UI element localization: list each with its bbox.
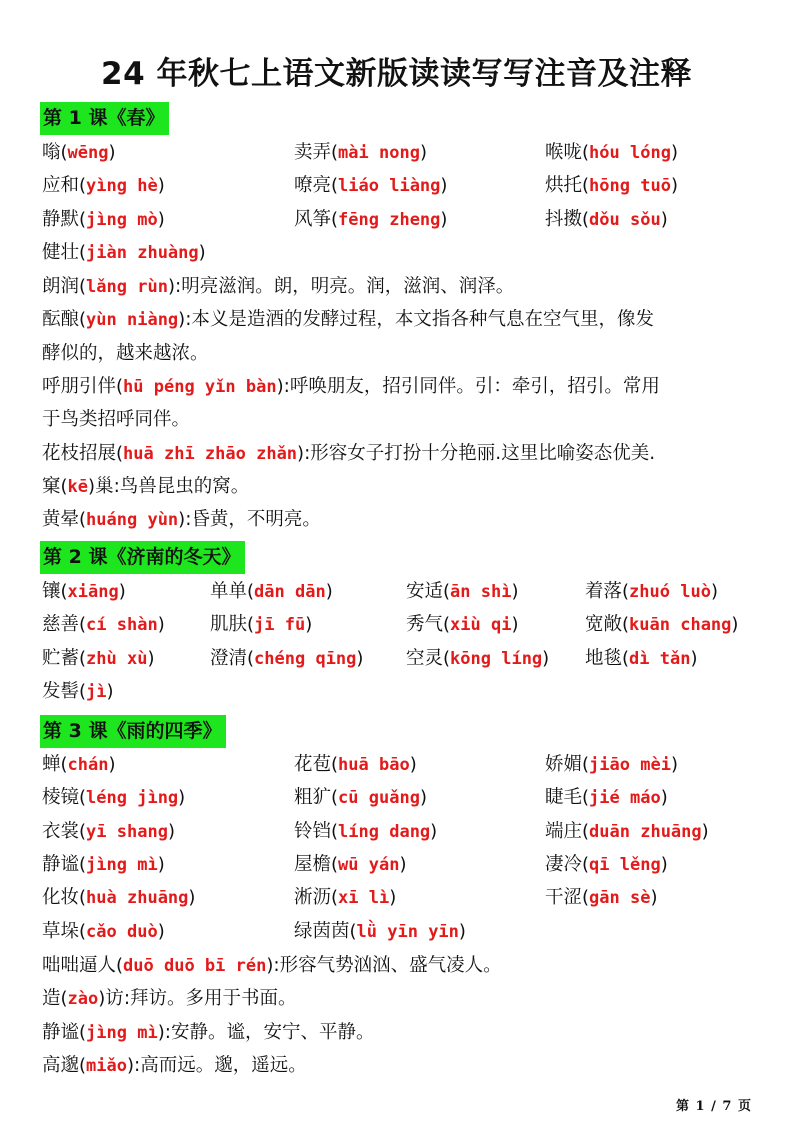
open-paren: ( [116, 955, 123, 976]
vocab-item: 干涩(gān sè) [545, 883, 658, 913]
word-pinyin: kōng líng [450, 649, 542, 669]
word-pinyin: huā bāo [338, 755, 410, 775]
close-paren: ) [399, 854, 406, 875]
word-hanzi: 风筝 [294, 209, 331, 230]
open-paren: ( [61, 476, 68, 497]
annotation-entry: 呼朋引伴(hū péng yǐn bàn):呼唤朋友，招引同伴。引：牵引，招引。… [42, 370, 754, 404]
vocab-item: 秀气(xiù qi) [406, 610, 519, 640]
open-paren: ( [61, 142, 68, 163]
close-paren: ) [650, 887, 657, 908]
vocab-item: 地毯(dì tǎn) [585, 644, 698, 674]
close-paren: ) [109, 142, 116, 163]
definition: :呼唤朋友，招引同伴。引：牵引，招引。常用 [284, 376, 660, 397]
close-paren: ) [158, 1022, 165, 1043]
word-pinyin: duō duō bī rén [123, 956, 266, 976]
definition: :明亮滋润。朗，明亮。润，滋润、润泽。 [175, 276, 514, 297]
close-paren: ) [158, 854, 165, 875]
close-paren: ) [326, 581, 333, 602]
open-paren: ( [79, 681, 86, 702]
open-paren: ( [443, 614, 450, 635]
open-paren: ( [79, 276, 86, 297]
word-pinyin: duān zhuāng [589, 822, 702, 842]
open-paren: ( [79, 921, 86, 942]
word-hanzi: 化妆 [42, 887, 79, 908]
close-paren: ) [661, 854, 668, 875]
word-hanzi: 秀气 [406, 614, 443, 635]
word-hanzi: 健壮 [42, 242, 79, 263]
vocab-item: 花苞(huā bāo) [294, 750, 417, 780]
open-paren: ( [79, 887, 86, 908]
vocab-item: 风筝(fēng zheng) [294, 205, 447, 235]
vocab-item: 烘托(hōng tuō) [545, 171, 678, 201]
open-paren: ( [79, 509, 86, 530]
vocab-item: 睫毛(jié máo) [545, 783, 668, 813]
open-paren: ( [331, 175, 338, 196]
word-hanzi: 娇媚 [545, 754, 582, 775]
word-pinyin: yìng hè [86, 176, 158, 196]
close-paren: ) [158, 921, 165, 942]
close-paren: ) [459, 921, 466, 942]
open-paren: ( [331, 754, 338, 775]
word-pinyin: jìng mì [86, 1023, 158, 1043]
word-hanzi: 花苞 [294, 754, 331, 775]
word-pinyin: xī lì [338, 888, 389, 908]
open-paren: ( [443, 581, 450, 602]
word-pinyin: cū guǎng [338, 788, 420, 808]
close-paren: ) [199, 242, 206, 263]
vocab-item: 宽敞(kuān chang) [585, 610, 738, 640]
word-pinyin: huā zhī zhāo zhǎn [123, 444, 297, 464]
close-paren: ) [127, 1055, 134, 1076]
vocab-item: 空灵(kōng líng) [406, 644, 549, 674]
word-hanzi: 空灵 [406, 648, 443, 669]
definition: :拜访。多用于书面。 [124, 988, 297, 1009]
close-paren: ) [511, 581, 518, 602]
definition-continuation: 酵似的，越来越浓。 [42, 337, 754, 370]
close-paren: ) [671, 754, 678, 775]
word-pinyin: líng dang [338, 822, 430, 842]
open-paren: ( [582, 821, 589, 842]
word-hanzi: 干涩 [545, 887, 582, 908]
word-hanzi: 嘹亮 [294, 175, 331, 196]
open-paren: ( [622, 648, 629, 669]
word-hanzi: 黄晕 [42, 509, 79, 530]
word-hanzi: 安适 [406, 581, 443, 602]
word-pinyin: xiù qi [450, 615, 511, 635]
close-paren: ) [702, 821, 709, 842]
word-hanzi: 高邈 [42, 1055, 79, 1076]
word-pinyin: jì [86, 682, 106, 702]
close-paren: ) [109, 754, 116, 775]
lesson-heading-1: 第 1 课《春》 [40, 102, 169, 135]
word-pinyin: mài nong [338, 143, 420, 163]
open-paren: ( [331, 887, 338, 908]
close-paren: ) [88, 476, 95, 497]
word-hanzi: 酝酿 [42, 309, 79, 330]
close-paren: ) [511, 614, 518, 635]
close-paren: ) [731, 614, 738, 635]
word-hanzi: 卖弄 [294, 142, 331, 163]
open-paren: ( [116, 443, 123, 464]
close-paren: ) [119, 581, 126, 602]
word-pinyin: gān sè [589, 888, 650, 908]
vocab-item: 应和(yìng hè) [42, 171, 165, 201]
vocab-item: 铃铛(líng dang) [294, 817, 437, 847]
vocab-item: 嘹亮(liáo liàng) [294, 171, 447, 201]
open-paren: ( [116, 376, 123, 397]
open-paren: ( [79, 648, 86, 669]
word-hanzi: 贮蓄 [42, 648, 79, 669]
close-paren: ) [671, 142, 678, 163]
word-hanzi: 抖擞 [545, 209, 582, 230]
close-paren: ) [305, 614, 312, 635]
word-pinyin: hū péng yǐn bàn [123, 377, 277, 397]
open-paren: ( [622, 581, 629, 602]
word-hanzi: 静谧 [42, 854, 79, 875]
open-paren: ( [79, 787, 86, 808]
open-paren: ( [79, 1022, 86, 1043]
open-paren: ( [247, 581, 254, 602]
close-paren: ) [420, 142, 427, 163]
vocab-item: 衣裳(yī shang) [42, 817, 175, 847]
open-paren: ( [61, 581, 68, 602]
vocab-item: 镶(xiāng) [42, 577, 126, 607]
word-pinyin: huáng yùn [86, 510, 178, 530]
close-paren: ) [277, 376, 284, 397]
annotation-entry: 造(zào)访:拜访。多用于书面。 [42, 982, 754, 1016]
word-hanzi: 喉咙 [545, 142, 582, 163]
open-paren: ( [79, 1055, 86, 1076]
open-paren: ( [582, 887, 589, 908]
open-paren: ( [61, 988, 68, 1009]
close-paren: ) [147, 648, 154, 669]
word-hanzi: 应和 [42, 175, 79, 196]
close-paren: ) [168, 276, 175, 297]
word-hanzi: 呼朋引伴 [42, 376, 116, 397]
word-hanzi: 淅沥 [294, 887, 331, 908]
vocab-item: 健壮(jiàn zhuàng) [42, 238, 206, 268]
vocab-item: 卖弄(mài nong) [294, 138, 427, 168]
word-hanzi: 咄咄逼人 [42, 955, 116, 976]
word-pinyin: miǎo [86, 1056, 127, 1076]
close-paren: ) [420, 787, 427, 808]
word-pinyin: ān shì [450, 582, 511, 602]
open-paren: ( [582, 175, 589, 196]
close-paren: ) [711, 581, 718, 602]
close-paren: ) [661, 209, 668, 230]
vocab-item: 澄清(chéng qīng) [210, 644, 363, 674]
word-pinyin: lǎng rùn [86, 277, 168, 297]
word-hanzi: 发髻 [42, 681, 79, 702]
open-paren: ( [443, 648, 450, 669]
word-pinyin: jié máo [589, 788, 661, 808]
word-pinyin: yùn niàng [86, 310, 178, 330]
vocab-item: 淅沥(xī lì) [294, 883, 396, 913]
word-pinyin: huà zhuāng [86, 888, 188, 908]
open-paren: ( [79, 242, 86, 263]
vocab-item: 娇媚(jiāo mèi) [545, 750, 678, 780]
open-paren: ( [582, 209, 589, 230]
vocab-item: 嗡(wēng) [42, 138, 116, 168]
document-title: 24 年秋七上语文新版读读写写注音及注释 [0, 48, 793, 93]
vocab-item: 草垛(cǎo duò) [42, 917, 165, 947]
word-hanzi: 静谧 [42, 1022, 79, 1043]
word-hanzi: 窠 [42, 476, 61, 497]
word-hanzi: 烘托 [545, 175, 582, 196]
open-paren: ( [622, 614, 629, 635]
vocab-item: 静默(jìng mò) [42, 205, 165, 235]
definition-continuation: 于鸟类招呼同伴。 [42, 403, 754, 436]
word-pinyin: jiāo mèi [589, 755, 671, 775]
word-hanzi: 花枝招展 [42, 443, 116, 464]
vocab-item: 蝉(chán) [42, 750, 116, 780]
word-hanzi: 宽敞 [585, 614, 622, 635]
vocab-item: 屋檐(wū yán) [294, 850, 407, 880]
definition: :形容女子打扮十分艳丽.这里比喻姿态优美. [304, 443, 655, 464]
close-paren: ) [168, 821, 175, 842]
definition: :安静。谧，安宁、平静。 [165, 1022, 375, 1043]
vocab-item: 绿茵茵(lǜ yīn yīn) [294, 917, 466, 947]
word-pinyin: hóu lóng [589, 143, 671, 163]
open-paren: ( [331, 142, 338, 163]
word-hanzi: 嗡 [42, 142, 61, 163]
open-paren: ( [582, 754, 589, 775]
annotation-entry: 静谧(jìng mì):安静。谧，安宁、平静。 [42, 1016, 754, 1050]
open-paren: ( [582, 854, 589, 875]
open-paren: ( [331, 209, 338, 230]
word-hanzi: 草垛 [42, 921, 79, 942]
word-pinyin: hōng tuō [589, 176, 671, 196]
word-pinyin: lǜ yīn yīn [357, 922, 459, 942]
close-paren: ) [158, 614, 165, 635]
vocab-item: 化妆(huà zhuāng) [42, 883, 195, 913]
annotation-entry: 酝酿(yùn niàng):本义是造酒的发酵过程，本文指各种气息在空气里，像发 [42, 303, 754, 337]
word-pinyin: xiāng [68, 582, 119, 602]
word-pinyin: yī shang [86, 822, 168, 842]
annotation-entry: 高邈(miǎo):高而远。邈，遥远。 [42, 1049, 754, 1083]
word-pinyin: jī fū [254, 615, 305, 635]
word-pinyin: zào [68, 989, 99, 1009]
word-pinyin: dān dān [254, 582, 326, 602]
open-paren: ( [247, 614, 254, 635]
definition: :昏黄，不明亮。 [185, 509, 321, 530]
close-paren: ) [671, 175, 678, 196]
word-hanzi: 澄清 [210, 648, 247, 669]
word-pinyin: dì tǎn [629, 649, 690, 669]
word-pinyin: jiàn zhuàng [86, 243, 199, 263]
vocab-item: 慈善(cí shàn) [42, 610, 165, 640]
open-paren: ( [350, 921, 357, 942]
word-pinyin: zhù xù [86, 649, 147, 669]
open-paren: ( [79, 854, 86, 875]
close-paren: ) [188, 887, 195, 908]
open-paren: ( [79, 614, 86, 635]
word-hanzi: 慈善 [42, 614, 79, 635]
word-pinyin: cǎo duò [86, 922, 158, 942]
open-paren: ( [79, 821, 86, 842]
word-pinyin: liáo liàng [338, 176, 440, 196]
word-hanzi: 静默 [42, 209, 79, 230]
word-hanzi: 棱镜 [42, 787, 79, 808]
word-hanzi: 蝉 [42, 754, 61, 775]
word-pinyin: chéng qīng [254, 649, 356, 669]
word-pinyin: fēng zheng [338, 210, 440, 230]
lesson-heading-2: 第 2 课《济南的冬天》 [40, 541, 245, 574]
word-pinyin: léng jìng [86, 788, 178, 808]
word-hanzi: 凄冷 [545, 854, 582, 875]
lesson-heading-3: 第 3 课《雨的四季》 [40, 715, 226, 748]
annotation-entry: 窠(kē)巢:鸟兽昆虫的窝。 [42, 470, 754, 504]
close-paren: ) [158, 209, 165, 230]
word-pinyin: jìng mò [86, 210, 158, 230]
open-paren: ( [79, 209, 86, 230]
word-pinyin: wēng [68, 143, 109, 163]
close-paren: ) [158, 175, 165, 196]
open-paren: ( [331, 787, 338, 808]
word-hanzi: 粗犷 [294, 787, 331, 808]
close-paren: ) [178, 787, 185, 808]
word-hanzi: 屋檐 [294, 854, 331, 875]
open-paren: ( [331, 821, 338, 842]
word-hanzi: 镶 [42, 581, 61, 602]
open-paren: ( [79, 309, 86, 330]
vocab-item: 粗犷(cū guǎng) [294, 783, 427, 813]
page-number: 第 1 / 7 页 [676, 1095, 752, 1114]
vocab-item: 抖擞(dǒu sǒu) [545, 205, 668, 235]
word-pinyin: kē [68, 477, 88, 497]
open-paren: ( [582, 142, 589, 163]
word-hanzi: 睫毛 [545, 787, 582, 808]
vocab-item: 棱镜(léng jìng) [42, 783, 185, 813]
word-hanzi: 单单 [210, 581, 247, 602]
word-hanzi: 铃铛 [294, 821, 331, 842]
word-suffix: 巢 [95, 476, 114, 497]
open-paren: ( [247, 648, 254, 669]
close-paren: ) [389, 887, 396, 908]
word-pinyin: kuān chang [629, 615, 731, 635]
word-pinyin: chán [68, 755, 109, 775]
close-paren: ) [356, 648, 363, 669]
word-hanzi: 端庄 [545, 821, 582, 842]
word-hanzi: 衣裳 [42, 821, 79, 842]
vocab-item: 发髻(jì) [42, 677, 114, 707]
word-pinyin: wū yán [338, 855, 399, 875]
close-paren: ) [430, 821, 437, 842]
word-suffix: 访 [105, 988, 124, 1009]
open-paren: ( [331, 854, 338, 875]
word-hanzi: 朗润 [42, 276, 79, 297]
vocab-item: 贮蓄(zhù xù) [42, 644, 155, 674]
vocab-item: 静谧(jìng mì) [42, 850, 165, 880]
word-hanzi: 地毯 [585, 648, 622, 669]
vocab-item: 安适(ān shì) [406, 577, 519, 607]
vocab-item: 单单(dān dān) [210, 577, 333, 607]
close-paren: ) [542, 648, 549, 669]
vocab-item: 凄冷(qī lěng) [545, 850, 668, 880]
vocab-item: 肌肤(jī fū) [210, 610, 312, 640]
close-paren: ) [690, 648, 697, 669]
close-paren: ) [440, 209, 447, 230]
word-pinyin: zhuó luò [629, 582, 711, 602]
annotation-entry: 花枝招展(huā zhī zhāo zhǎn):形容女子打扮十分艳丽.这里比喻姿… [42, 437, 754, 471]
word-hanzi: 着落 [585, 581, 622, 602]
open-paren: ( [582, 787, 589, 808]
word-pinyin: cí shàn [86, 615, 158, 635]
annotation-entry: 黄晕(huáng yùn):昏黄，不明亮。 [42, 503, 754, 537]
annotation-entry: 朗润(lǎng rùn):明亮滋润。朗，明亮。润，滋润、润泽。 [42, 270, 754, 304]
definition: :高而远。邈，遥远。 [134, 1055, 307, 1076]
close-paren: ) [661, 787, 668, 808]
word-hanzi: 肌肤 [210, 614, 247, 635]
open-paren: ( [61, 754, 68, 775]
definition: :形容气势汹汹、盛气凌人。 [273, 955, 501, 976]
close-paren: ) [440, 175, 447, 196]
word-pinyin: qī lěng [589, 855, 661, 875]
vocab-item: 喉咙(hóu lóng) [545, 138, 678, 168]
definition: :本义是造酒的发酵过程，本文指各种气息在空气里，像发 [185, 309, 654, 330]
definition: :鸟兽昆虫的窝。 [114, 476, 250, 497]
annotation-entry: 咄咄逼人(duō duō bī rén):形容气势汹汹、盛气凌人。 [42, 949, 754, 983]
word-hanzi: 绿茵茵 [294, 921, 350, 942]
open-paren: ( [79, 175, 86, 196]
word-pinyin: jìng mì [86, 855, 158, 875]
close-paren: ) [410, 754, 417, 775]
vocab-item: 着落(zhuó luò) [585, 577, 718, 607]
vocab-item: 端庄(duān zhuāng) [545, 817, 709, 847]
word-hanzi: 造 [42, 988, 61, 1009]
close-paren: ) [107, 681, 114, 702]
word-pinyin: dǒu sǒu [589, 210, 661, 230]
